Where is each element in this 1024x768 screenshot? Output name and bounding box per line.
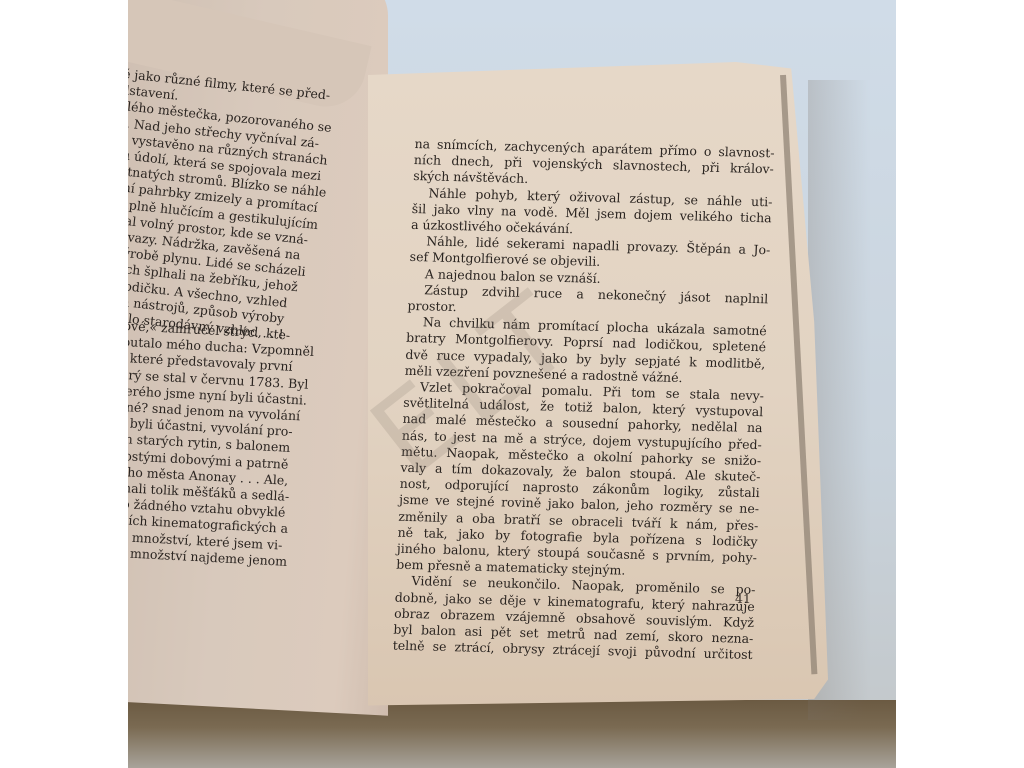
- left-page-text-upper: ě jako různé filmy, které se před- dstav…: [128, 66, 337, 346]
- page-number: 41: [735, 591, 751, 606]
- left-page-text-lower: ové,« zamručel strýc. . . ! outalo mého …: [128, 318, 315, 571]
- table-surface: [128, 700, 896, 768]
- book-photo: ě jako různé filmy, které se před- dstav…: [128, 0, 896, 768]
- right-page-text: na snímcích, zachycených aparátem přímo …: [392, 136, 774, 664]
